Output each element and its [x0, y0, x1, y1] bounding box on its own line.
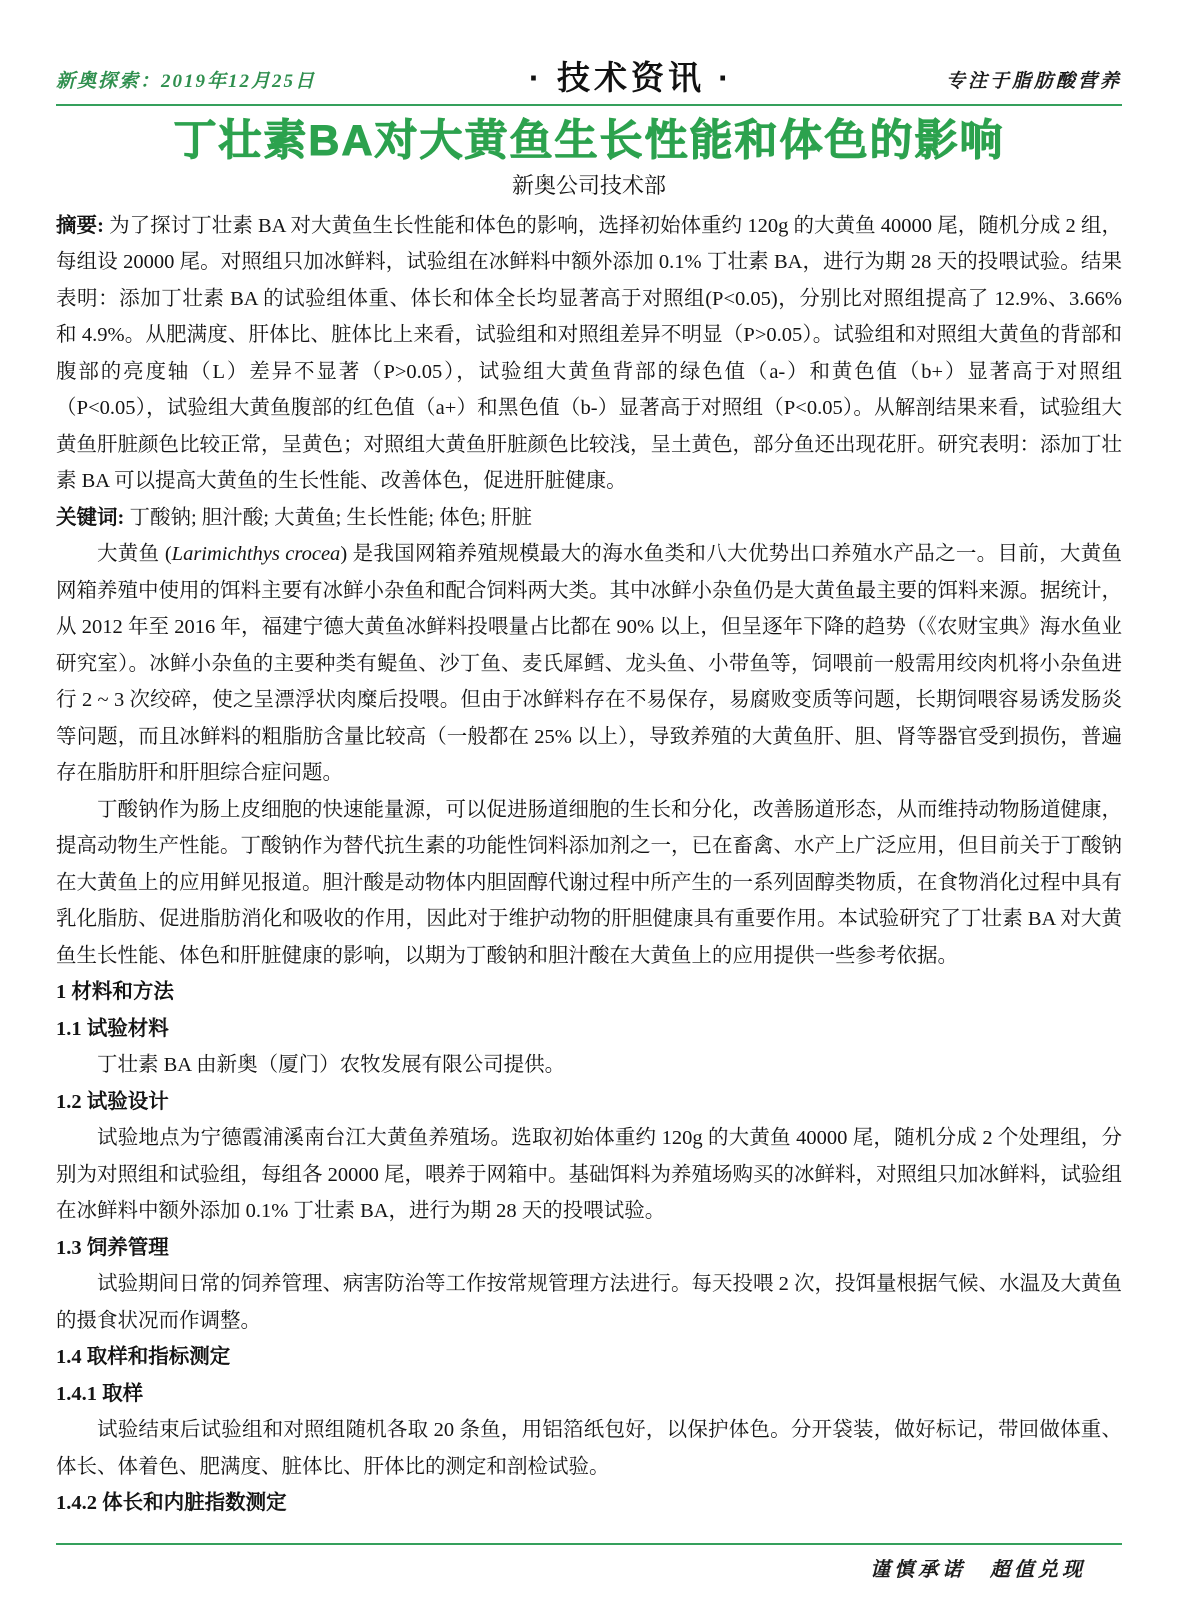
keywords-line: 关键词: 丁酸钠; 胆汁酸; 大黄鱼; 生长性能; 体色; 肝脏	[56, 500, 1122, 537]
section-heading-management: 1.3 饲养管理	[56, 1230, 1122, 1267]
intro-paragraph-1: 大黄鱼 (Larimichthys crocea) 是我国网箱养殖规模最大的海水…	[56, 536, 1122, 792]
intro-paragraph-2: 丁酸钠作为肠上皮细胞的快速能量源，可以促进肠道细胞的生长和分化，改善肠道形态，从…	[56, 792, 1122, 975]
page-footer: 谨慎承诺 超值兑现	[56, 1543, 1122, 1582]
footer-slogan: 谨慎承诺 超值兑现	[56, 1553, 1122, 1582]
section-heading-materials: 1 材料和方法	[56, 974, 1122, 1011]
paragraph-management: 试验期间日常的饲养管理、病害防治等工作按常规管理方法进行。每天投喂 2 次，投饵…	[56, 1266, 1122, 1339]
paragraph-test-material: 丁壮素 BA 由新奥（厦门）农牧发展有限公司提供。	[56, 1047, 1122, 1084]
section-heading-design: 1.2 试验设计	[56, 1084, 1122, 1121]
keywords-text: 丁酸钠; 胆汁酸; 大黄鱼; 生长性能; 体色; 肝脏	[124, 507, 532, 529]
paragraph-design: 试验地点为宁德霞浦溪南台江大黄鱼养殖场。选取初始体重约 120g 的大黄鱼 40…	[56, 1120, 1122, 1230]
intro-p1-prefix: 大黄鱼 (	[97, 543, 172, 565]
section-heading-sampling: 1.4.1 取样	[56, 1376, 1122, 1413]
masthead-date: 新奥探索：2019年12月25日	[56, 66, 316, 99]
intro-p1-suffix: ) 是我国网箱养殖规模最大的海水鱼类和八大优势出口养殖水产品之一。目前，大黄鱼网…	[56, 543, 1122, 784]
abstract-label: 摘要:	[56, 215, 104, 237]
abstract-paragraph: 摘要: 为了探讨丁壮素 BA 对大黄鱼生长性能和体色的影响，选择初始体重约 12…	[56, 208, 1122, 500]
masthead-title: · 技术资讯 ·	[529, 52, 733, 99]
article-title: 丁壮素BA对大黄鱼生长性能和体色的影响	[56, 115, 1122, 169]
species-latin-name: Larimichthys crocea	[172, 543, 341, 565]
masthead-slogan: 专注于脂肪酸营养	[946, 66, 1122, 99]
section-heading-sampling-index: 1.4 取样和指标测定	[56, 1339, 1122, 1376]
paragraph-sampling: 试验结束后试验组和对照组随机各取 20 条鱼，用铝箔纸包好，以保护体色。分开袋装…	[56, 1412, 1122, 1485]
article-body: 摘要: 为了探讨丁壮素 BA 对大黄鱼生长性能和体色的影响，选择初始体重约 12…	[56, 208, 1122, 1522]
section-heading-body-length: 1.4.2 体长和内脏指数测定	[56, 1485, 1122, 1522]
article-author: 新奥公司技术部	[56, 171, 1122, 201]
footer-divider	[56, 1543, 1122, 1545]
keywords-label: 关键词:	[56, 507, 124, 529]
masthead: 新奥探索：2019年12月25日 · 技术资讯 · 专注于脂肪酸营养	[56, 52, 1122, 99]
document-page: 新奥探索：2019年12月25日 · 技术资讯 · 专注于脂肪酸营养 丁壮素BA…	[0, 0, 1178, 1600]
abstract-text: 为了探讨丁壮素 BA 对大黄鱼生长性能和体色的影响，选择初始体重约 120g 的…	[56, 215, 1122, 493]
section-heading-test-material: 1.1 试验材料	[56, 1011, 1122, 1048]
header-divider	[56, 104, 1122, 106]
